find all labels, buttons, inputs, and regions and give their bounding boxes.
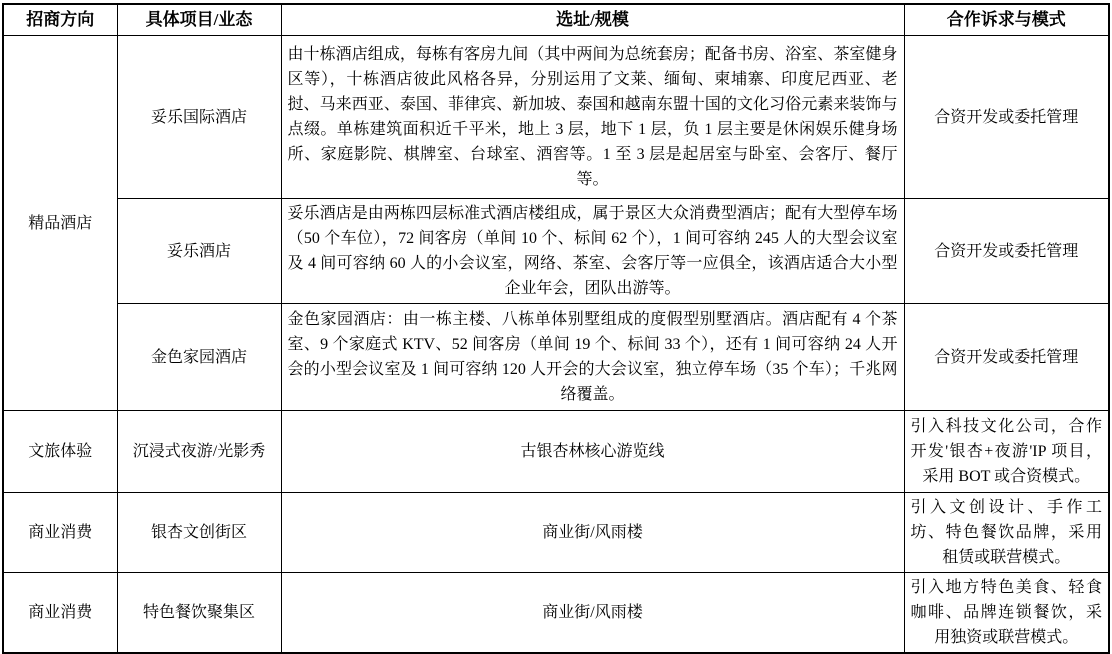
table-row-tuole-hotel: 妥乐酒店 妥乐酒店是由两栋四层标准式酒店楼组成，属于景区大众消费型酒店；配有大型… <box>3 199 1109 304</box>
location-cell-commercial-street-1: 商业街/风雨楼 <box>281 493 904 573</box>
header-cooperation: 合作诉求与模式 <box>904 4 1109 36</box>
location-cell-tuole-international-hotel: 由十栋酒店组成，每栋有客房九间（其中两间为总统套房；配备书房、浴室、茶室健身区等… <box>281 36 904 199</box>
header-project: 具体项目/业态 <box>117 4 281 36</box>
cooperation-cell-night-tour: 引入科技文化公司，合作开发'银杏+夜游'IP 项目，采用 BOT 或合资模式。 <box>904 411 1109 493</box>
project-cell-special-food-cluster: 特色餐饮聚集区 <box>117 573 281 636</box>
project-cell-tuole-international-hotel: 妥乐国际酒店 <box>117 36 281 199</box>
header-location: 选址/规模 <box>281 4 904 36</box>
project-cell-ginkgo-creative-street: 银杏文创街区 <box>117 493 281 573</box>
cooperation-cell-tuole-hotel: 合资开发或委托管理 <box>904 199 1109 304</box>
cooperation-cell-golden-home-hotel: 合资开发或委托管理 <box>904 304 1109 411</box>
project-cell-golden-home-hotel: 金色家园酒店 <box>117 304 281 411</box>
table-row-food-cluster: 商业消费 特色餐饮聚集区 商业街/风雨楼 引入地方特色美食、轻食咖啡、品牌连锁餐… <box>3 573 1109 636</box>
direction-cell-boutique-hotel: 精品酒店 <box>3 36 117 411</box>
table-row-night-tour: 文旅体验 沉浸式夜游/光影秀 古银杏林核心游览线 引入科技文化公司，合作开发'银… <box>3 411 1109 493</box>
table-row-golden-home-hotel: 金色家园酒店 金色家园酒店：由一栋主楼、八栋单体别墅组成的度假型别墅酒店。酒店配… <box>3 304 1109 411</box>
direction-cell-culture-tourism: 文旅体验 <box>3 411 117 493</box>
project-cell-immersive-night-tour: 沉浸式夜游/光影秀 <box>117 411 281 493</box>
location-cell-golden-home-hotel: 金色家园酒店：由一栋主楼、八栋单体别墅组成的度假型别墅酒店。酒店配有 4 个茶室… <box>281 304 904 411</box>
investment-projects-table: 招商方向 具体项目/业态 选址/规模 合作诉求与模式 精品酒店 妥乐国际酒店 由… <box>2 3 1110 635</box>
direction-cell-commercial-consumption-2: 商业消费 <box>3 573 117 636</box>
location-cell-commercial-street-2: 商业街/风雨楼 <box>281 573 904 636</box>
header-row: 招商方向 具体项目/业态 选址/规模 合作诉求与模式 <box>3 4 1109 36</box>
project-cell-tuole-hotel: 妥乐酒店 <box>117 199 281 304</box>
table-row-creative-street: 商业消费 银杏文创街区 商业街/风雨楼 引入文创设计、手作工坊、特色餐饮品牌，采… <box>3 493 1109 573</box>
direction-cell-commercial-consumption-1: 商业消费 <box>3 493 117 573</box>
table-row-hotel-international: 精品酒店 妥乐国际酒店 由十栋酒店组成，每栋有客房九间（其中两间为总统套房；配备… <box>3 36 1109 199</box>
cooperation-cell-creative-street: 引入文创设计、手作工坊、特色餐饮品牌，采用租赁或联营模式。 <box>904 493 1109 573</box>
cooperation-cell-tuole-international-hotel: 合资开发或委托管理 <box>904 36 1109 199</box>
cooperation-cell-food-cluster: 引入地方特色美食、轻食咖啡、品牌连锁餐饮，采用独资或联营模式。 <box>904 573 1109 636</box>
location-cell-ginkgo-tour-line: 古银杏林核心游览线 <box>281 411 904 493</box>
header-direction: 招商方向 <box>3 4 117 36</box>
location-cell-tuole-hotel: 妥乐酒店是由两栋四层标准式酒店楼组成，属于景区大众消费型酒店；配有大型停车场（5… <box>281 199 904 304</box>
